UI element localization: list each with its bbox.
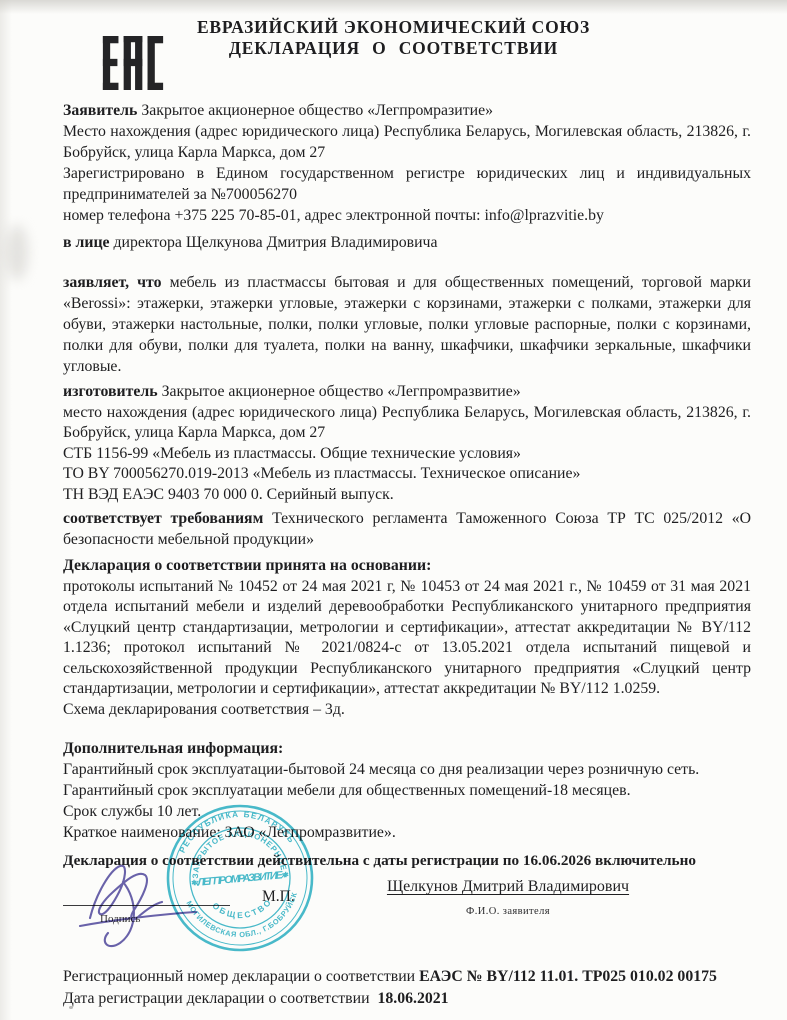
applicant-name: Закрытое акционерное общество «Легпромра… — [141, 102, 493, 119]
manufacturer-lead: изготовитель — [63, 383, 158, 400]
manufacturer-name: Закрытое акционерное общество «Легпромра… — [162, 383, 521, 400]
declares-lead: заявляет, что — [63, 274, 162, 291]
svg-text:ОБЩЕСТВО: ОБЩЕСТВО — [210, 895, 276, 922]
registration-date-label: Дата регистрации декларации о соответств… — [63, 990, 370, 1007]
section-compliance: соответствует требованиям Технического р… — [63, 508, 751, 550]
basis-text: протоколы испытаний № 10452 от 24 мая 20… — [63, 577, 751, 700]
applicant-lead: Заявитель — [63, 102, 137, 119]
section-basis: Декларация о соответствии принята на осн… — [63, 556, 751, 720]
registration-number-line: Регистрационный номер декларации о соотв… — [63, 966, 751, 988]
additional-lead: Дополнительная информация: — [63, 738, 751, 759]
stamp-ornament-left-icon: ✱ — [191, 879, 198, 887]
company-round-stamp: РЕСПУБЛИКА БЕЛАРУСЬ МОГИЛЕВСКАЯ ОБЛ., Г.… — [155, 793, 324, 962]
stamp-center-text: «ЛЕГПРОМРАЗВИТИЕ» — [193, 869, 288, 889]
section-applicant: Заявитель Закрытое акционерное общество … — [63, 100, 751, 226]
applicant-contacts: номер телефона +375 225 70-85-01, адрес … — [63, 205, 751, 226]
document-title: ЕВРАЗИЙСКИЙ ЭКОНОМИЧЕСКИЙ СОЮЗ ДЕКЛАРАЦИ… — [0, 17, 787, 59]
manufacturer-std3: ТН ВЭД ЕАЭС 9403 70 000 0. Серийный выпу… — [63, 485, 751, 506]
manufacturer-std2: ТО BY 700056270.019-2013 «Мебель из плас… — [63, 464, 751, 485]
person-text: директора Щелкунова Дмитрия Владимирович… — [114, 234, 438, 251]
declarant-name: Щелкунов Дмитрий Владимирович — [368, 876, 648, 897]
section-person: в лице директора Щелкунова Дмитрия Влади… — [63, 232, 751, 253]
applicant-address: Место нахождения (адрес юридического лиц… — [63, 121, 751, 163]
registration-number-value: ЕАЭС № BY/112 11.01. ТР025 010.02 00175 — [419, 968, 717, 985]
title-declaration: ДЕКЛАРАЦИЯ О СООТВЕТСТВИИ — [0, 38, 787, 59]
stamp-arc-inner-bottom: ОБЩЕСТВО — [210, 895, 276, 922]
manufacturer-name-line: изготовитель Закрытое акционерное общест… — [63, 382, 751, 403]
additional-line2: Гарантийный срок эксплуатации мебели для… — [63, 780, 751, 801]
manufacturer-std1: СТБ 1156-99 «Мебель из пластмассы. Общие… — [63, 444, 751, 465]
basis-scheme: Схема декларирования соответствия – 3д. — [63, 700, 751, 721]
compliance-paragraph: соответствует требованиям Технического р… — [63, 508, 751, 550]
section-manufacturer: изготовитель Закрытое акционерное общест… — [63, 382, 751, 506]
declares-text: мебель из пластмассы бытовая и для общес… — [63, 274, 751, 375]
person-line: в лице директора Щелкунова Дмитрия Влади… — [63, 232, 751, 253]
scan-artifact-top — [0, 0, 787, 14]
manufacturer-address: место нахождения (адрес юридического лиц… — [63, 403, 751, 444]
applicant-name-line: Заявитель Закрытое акционерное общество … — [63, 100, 751, 121]
section-declares: заявляет, что мебель из пластмассы бытов… — [63, 272, 751, 377]
applicant-registration: Зарегистрировано в Едином государственно… — [63, 163, 751, 205]
stamp-ornament-right-icon: ✱ — [283, 871, 290, 879]
registration-date-line: Дата регистрации декларации о соответств… — [63, 988, 751, 1010]
section-registration: Регистрационный номер декларации о соотв… — [63, 966, 751, 1010]
registration-date-value: 18.06.2021 — [377, 990, 448, 1007]
compliance-lead: соответствует требованиям — [63, 510, 263, 527]
declarant-name-caption: Ф.И.О. заявителя — [368, 901, 648, 922]
additional-line1: Гарантийный срок эксплуатации-бытовой 24… — [63, 759, 751, 780]
basis-lead: Декларация о соответствии принята на осн… — [63, 556, 751, 577]
title-union: ЕВРАЗИЙСКИЙ ЭКОНОМИЧЕСКИЙ СОЮЗ — [0, 17, 787, 38]
scan-smudge — [6, 225, 28, 280]
declares-paragraph: заявляет, что мебель из пластмассы бытов… — [63, 272, 751, 377]
registration-number-label: Регистрационный номер декларации о соотв… — [63, 968, 415, 985]
declaration-document-page: ЕВРАЗИЙСКИЙ ЭКОНОМИЧЕСКИЙ СОЮЗ ДЕКЛАРАЦИ… — [0, 0, 787, 1020]
scan-artifact-left — [0, 0, 12, 1020]
person-lead: в лице — [63, 234, 110, 251]
